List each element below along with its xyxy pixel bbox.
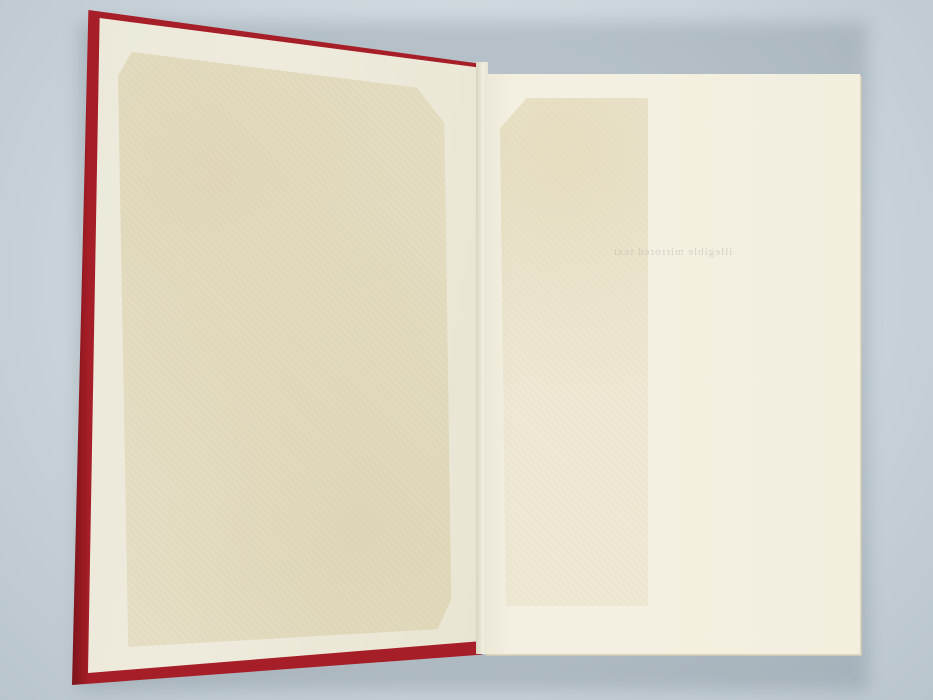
right-page-stain bbox=[500, 98, 648, 606]
left-endpaper-stain bbox=[118, 52, 458, 647]
photo-scene: illegible mirrored text Open hardcover b… bbox=[0, 0, 933, 700]
showthrough-text: illegible mirrored text bbox=[585, 246, 760, 258]
